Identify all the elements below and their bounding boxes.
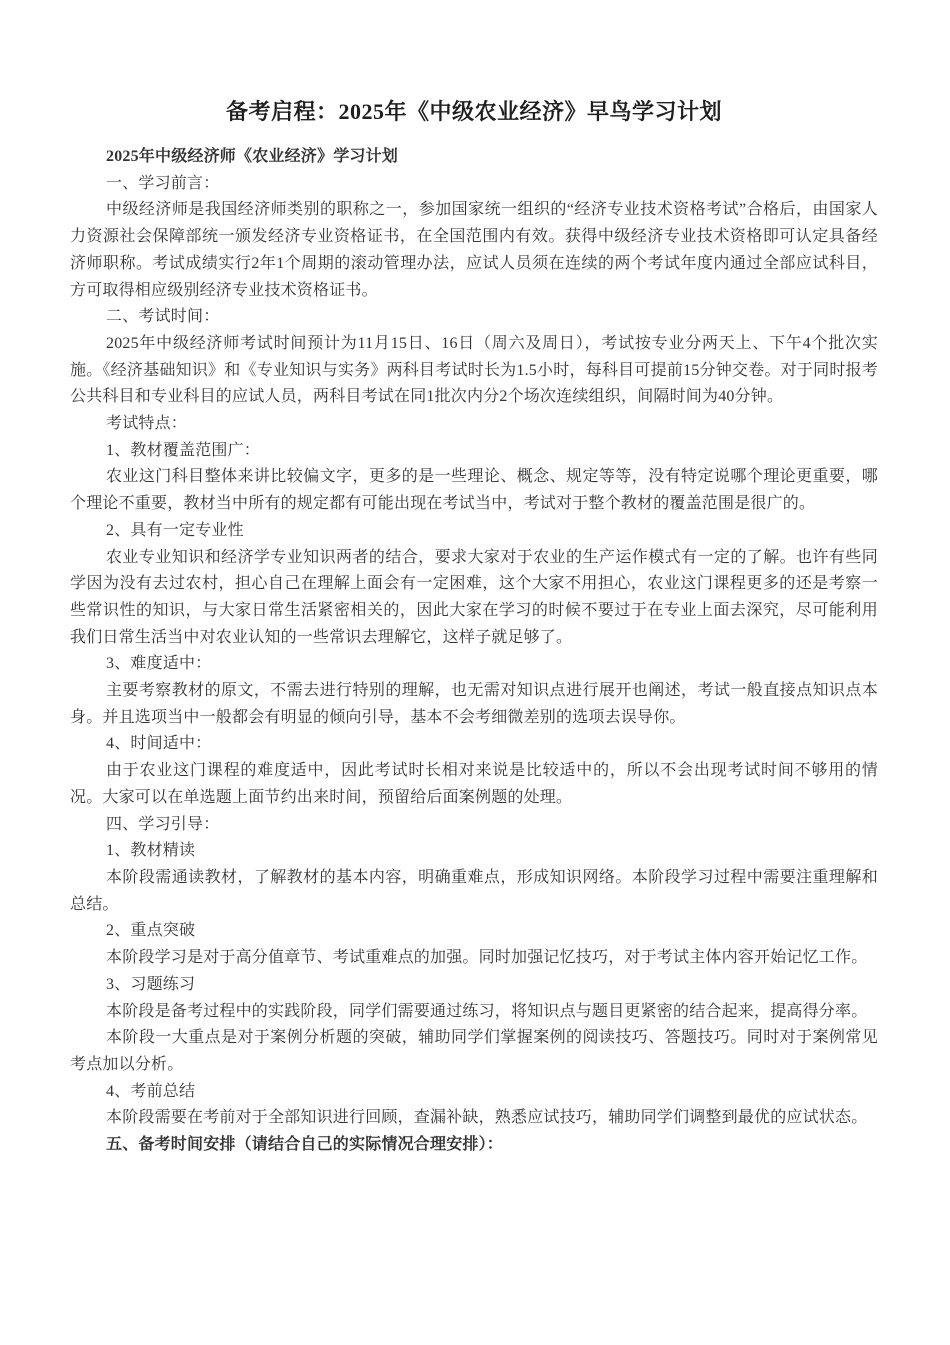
paragraph: 四、学习引导： bbox=[70, 812, 878, 839]
document-title: 备考启程：2025年《中级农业经济》早鸟学习计划 bbox=[70, 96, 878, 128]
paragraph: 二、考试时间： bbox=[70, 304, 878, 331]
bold-paragraph: 2025年中级经济师《农业经济》学习计划 bbox=[70, 144, 878, 171]
document-body: 2025年中级经济师《农业经济》学习计划一、学习前言：中级经济师是我国经济师类别… bbox=[70, 144, 878, 1159]
paragraph: 一、学习前言： bbox=[70, 171, 878, 198]
paragraph: 农业专业知识和经济学专业知识两者的结合，要求大家对于农业的生产运作模式有一定的了… bbox=[70, 545, 878, 652]
bold-paragraph: 五、备考时间安排（请结合自己的实际情况合理安排）： bbox=[70, 1132, 878, 1159]
document-content: 备考启程：2025年《中级农业经济》早鸟学习计划 2025年中级经济师《农业经济… bbox=[0, 0, 950, 1159]
paragraph: 1、教材精读 bbox=[70, 838, 878, 865]
paragraph: 3、难度适中： bbox=[70, 651, 878, 678]
paragraph: 1、教材覆盖范围广： bbox=[70, 438, 878, 465]
paragraph: 2、重点突破 bbox=[70, 918, 878, 945]
paragraph: 考试特点： bbox=[70, 411, 878, 438]
paragraph: 中级经济师是我国经济师类别的职称之一，参加国家统一组织的“经济专业技术资格考试”… bbox=[70, 197, 878, 304]
paragraph: 2025年中级经济师考试时间预计为11月15日、16日（周六及周日），考试按专业… bbox=[70, 331, 878, 411]
paragraph: 本阶段需要在考前对于全部知识进行回顾，查漏补缺，熟悉应试技巧，辅助同学们调整到最… bbox=[70, 1105, 878, 1132]
paragraph: 3、习题练习 bbox=[70, 972, 878, 999]
document-page: 备考启程：2025年《中级农业经济》早鸟学习计划 2025年中级经济师《农业经济… bbox=[0, 0, 950, 1345]
paragraph: 本阶段是备考过程中的实践阶段，同学们需要通过练习，将知识点与题目更紧密的结合起来… bbox=[70, 999, 878, 1026]
paragraph: 主要考察教材的原文，不需去进行特别的理解，也无需对知识点进行展开也阐述，考试一般… bbox=[70, 678, 878, 731]
paragraph: 2、具有一定专业性 bbox=[70, 518, 878, 545]
paragraph: 由于农业这门课程的难度适中，因此考试时长相对来说是比较适中的，所以不会出现考试时… bbox=[70, 758, 878, 811]
paragraph: 4、时间适中： bbox=[70, 731, 878, 758]
paragraph: 4、考前总结 bbox=[70, 1079, 878, 1106]
paragraph: 本阶段需通读教材，了解教材的基本内容，明确重难点，形成知识网络。本阶段学习过程中… bbox=[70, 865, 878, 918]
paragraph: 农业这门科目整体来讲比较偏文字，更多的是一些理论、概念、规定等等，没有特定说哪个… bbox=[70, 464, 878, 517]
paragraph: 本阶段学习是对于高分值章节、考试重难点的加强。同时加强记忆技巧，对于考试主体内容… bbox=[70, 945, 878, 972]
paragraph: 本阶段一大重点是对于案例分析题的突破，辅助同学们掌握案例的阅读技巧、答题技巧。同… bbox=[70, 1025, 878, 1078]
